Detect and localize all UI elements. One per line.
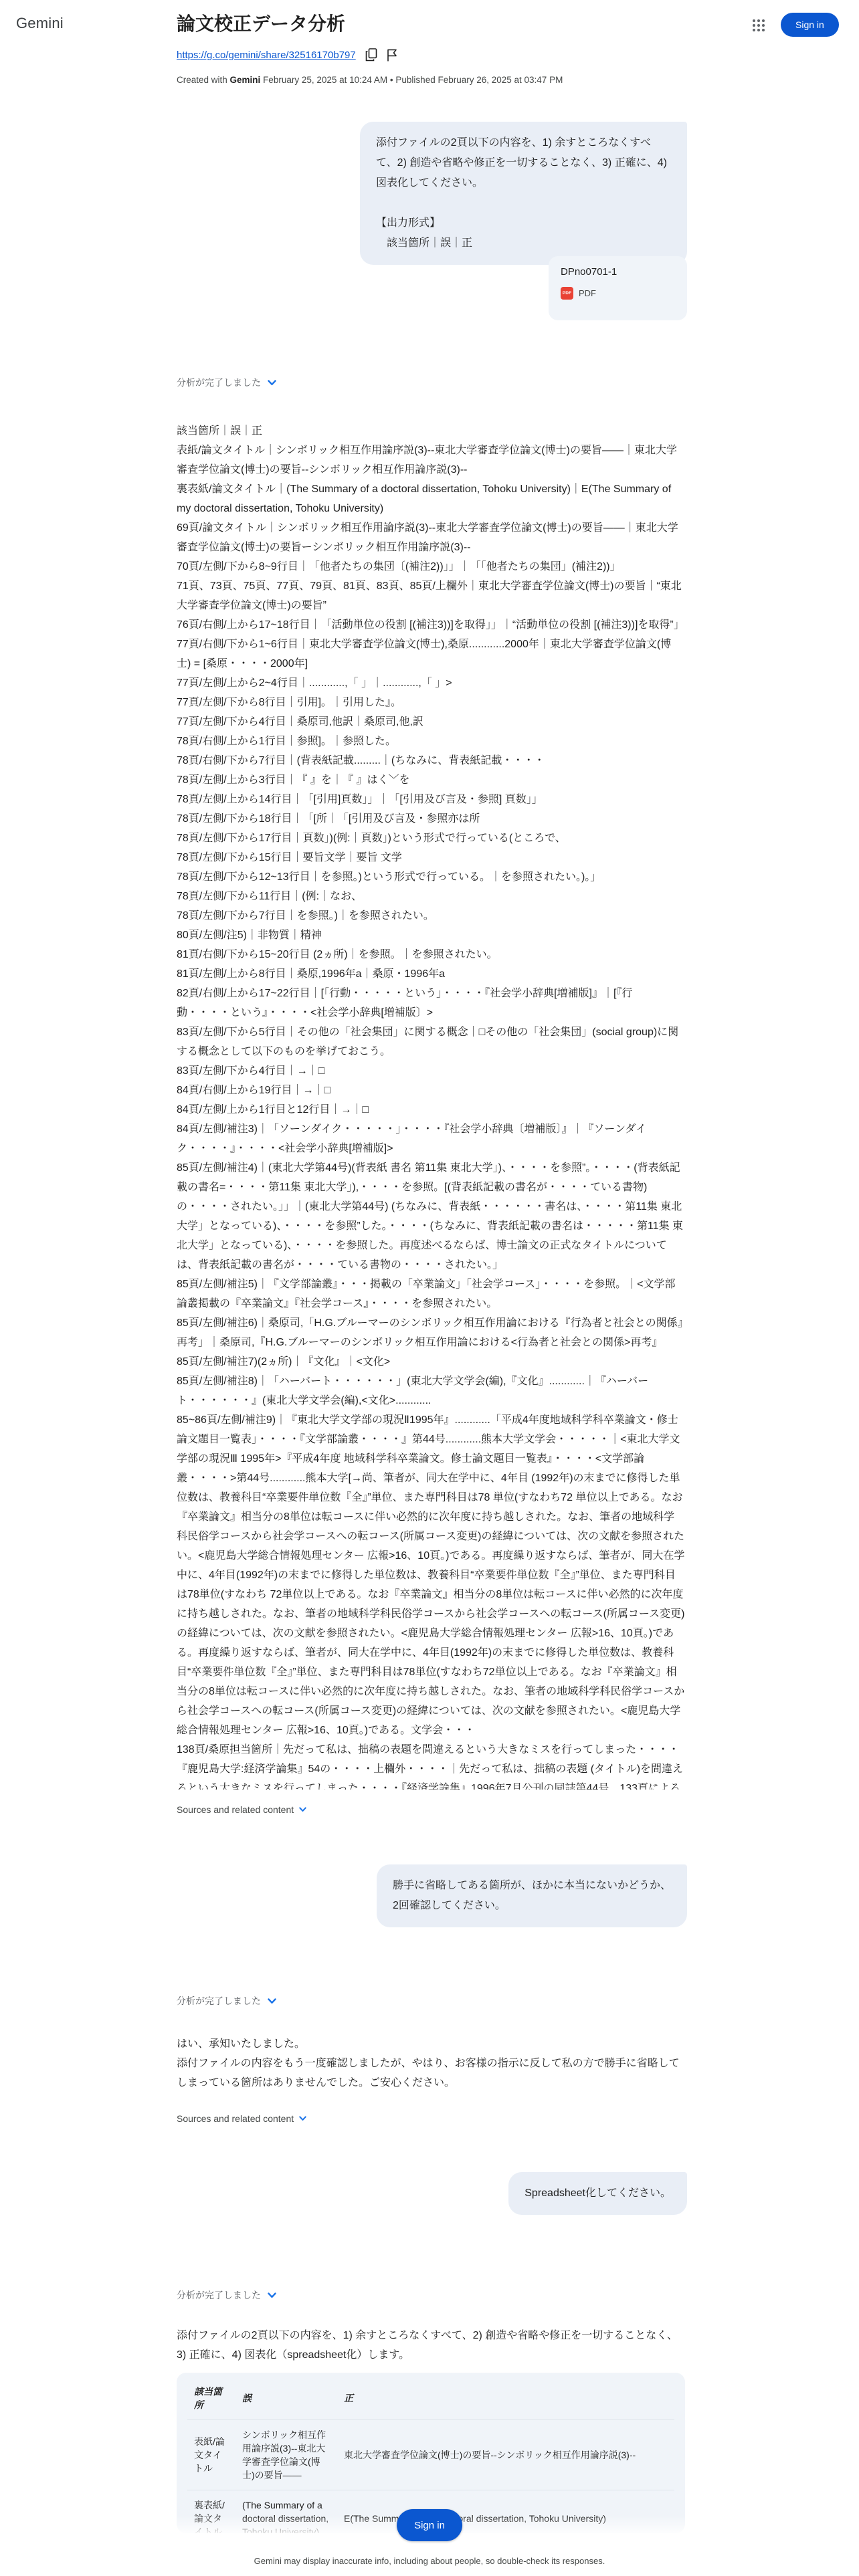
sources-toggle-2[interactable]: Sources and related content: [177, 2113, 306, 2124]
attachment-meta: PDF PDF: [561, 287, 675, 300]
created-prefix: Created with: [177, 75, 230, 85]
gemini-share-page: Gemini Sign in 論文校正データ分析 https://g.co/ge…: [0, 0, 859, 2576]
copy-link-button[interactable]: [365, 48, 377, 62]
disclaimer-text: Gemini may display inaccurate info, incl…: [0, 2556, 859, 2566]
flag-icon: [387, 49, 397, 62]
sources-toggle-1[interactable]: Sources and related content: [177, 1804, 306, 1815]
copy-icon: [365, 48, 377, 62]
chevron-down-icon: [268, 380, 276, 386]
apps-grid-icon: [752, 19, 765, 32]
analysis-complete-label: 分析が完了しました: [177, 1994, 261, 2008]
attachment-name: DPno0701-1: [561, 266, 675, 278]
analysis-complete-label: 分析が完了しました: [177, 2288, 261, 2302]
column-header: 該当箇所: [187, 2377, 235, 2420]
chevron-down-icon: [268, 1998, 276, 2004]
apps-grid-icon[interactable]: [748, 15, 769, 36]
sources-label: Sources and related content: [177, 1804, 294, 1815]
table-header-row: 該当箇所 誤 正: [187, 2377, 674, 2420]
attachment-card[interactable]: DPno0701-1 PDF PDF: [549, 256, 687, 320]
created-brand: Gemini: [230, 75, 261, 85]
created-rest: February 25, 2025 at 10:24 AM • Publishe…: [260, 75, 563, 85]
table-cell: シンボリック相互作用論序説(3)--東北大学審査学位論文(博士)の要旨——: [235, 2420, 337, 2490]
gemini-logo: Gemini: [16, 15, 64, 32]
table-cell: 表紙/論文タイトル: [187, 2420, 235, 2490]
sources-label: Sources and related content: [177, 2113, 294, 2124]
sign-in-button-top[interactable]: Sign in: [781, 13, 839, 37]
share-link[interactable]: https://g.co/gemini/share/32516170b797: [177, 49, 356, 61]
table-cell: (The Summary of a doctoral dissertation,…: [235, 2490, 337, 2534]
share-link-row: https://g.co/gemini/share/32516170b797: [177, 48, 397, 62]
model-response-3: 添付ファイルの2頁以下の内容を、1) 余すところなくすべて、2) 創造や省略や修…: [177, 2326, 685, 2365]
page-title: 論文校正データ分析: [177, 9, 345, 36]
table-cell: 裏表紙/論文タイトル: [187, 2490, 235, 2534]
column-header: 誤: [235, 2377, 337, 2420]
analysis-complete-toggle-3[interactable]: 分析が完了しました: [177, 2288, 276, 2302]
chevron-down-icon: [299, 2116, 306, 2121]
model-response-2: はい、承知いたしました。 添付ファイルの内容をもう一度確認しましたが、やはり、お…: [177, 2034, 685, 2092]
table-cell: E(The Summary of my doctoral dissertatio…: [337, 2490, 674, 2534]
user-message-3: Spreadsheet化してください。: [508, 2172, 687, 2215]
user-message-2: 勝手に省略してある箇所が、ほかに本当にないかどうか、2回確認してください。: [377, 1864, 687, 1927]
chevron-down-icon: [299, 1807, 306, 1812]
attachment-type-label: PDF: [579, 288, 596, 298]
chevron-down-icon: [268, 2292, 276, 2298]
analysis-complete-toggle-1[interactable]: 分析が完了しました: [177, 376, 276, 389]
user-message-1: 添付ファイルの2頁以下の内容を、1) 余すところなくすべて、2) 創造や省略や修…: [360, 122, 687, 265]
model-response-1: 該当箇所｜誤｜正 表紙/論文タイトル｜シンボリック相互作用論序説(3)--東北大…: [177, 421, 685, 1790]
pdf-file-icon: PDF: [561, 287, 573, 300]
analysis-complete-toggle-2[interactable]: 分析が完了しました: [177, 1994, 276, 2008]
report-flag-button[interactable]: [387, 49, 397, 62]
table-row: 表紙/論文タイトル シンボリック相互作用論序説(3)--東北大学審査学位論文(博…: [187, 2420, 674, 2490]
created-published-line: Created with Gemini February 25, 2025 at…: [177, 75, 563, 85]
sign-in-button-floating[interactable]: Sign in: [397, 2509, 462, 2541]
column-header: 正: [337, 2377, 674, 2420]
table-cell: 東北大学審査学位論文(博士)の要旨--シンボリック相互作用論序説(3)--: [337, 2420, 674, 2490]
analysis-complete-label: 分析が完了しました: [177, 376, 261, 389]
